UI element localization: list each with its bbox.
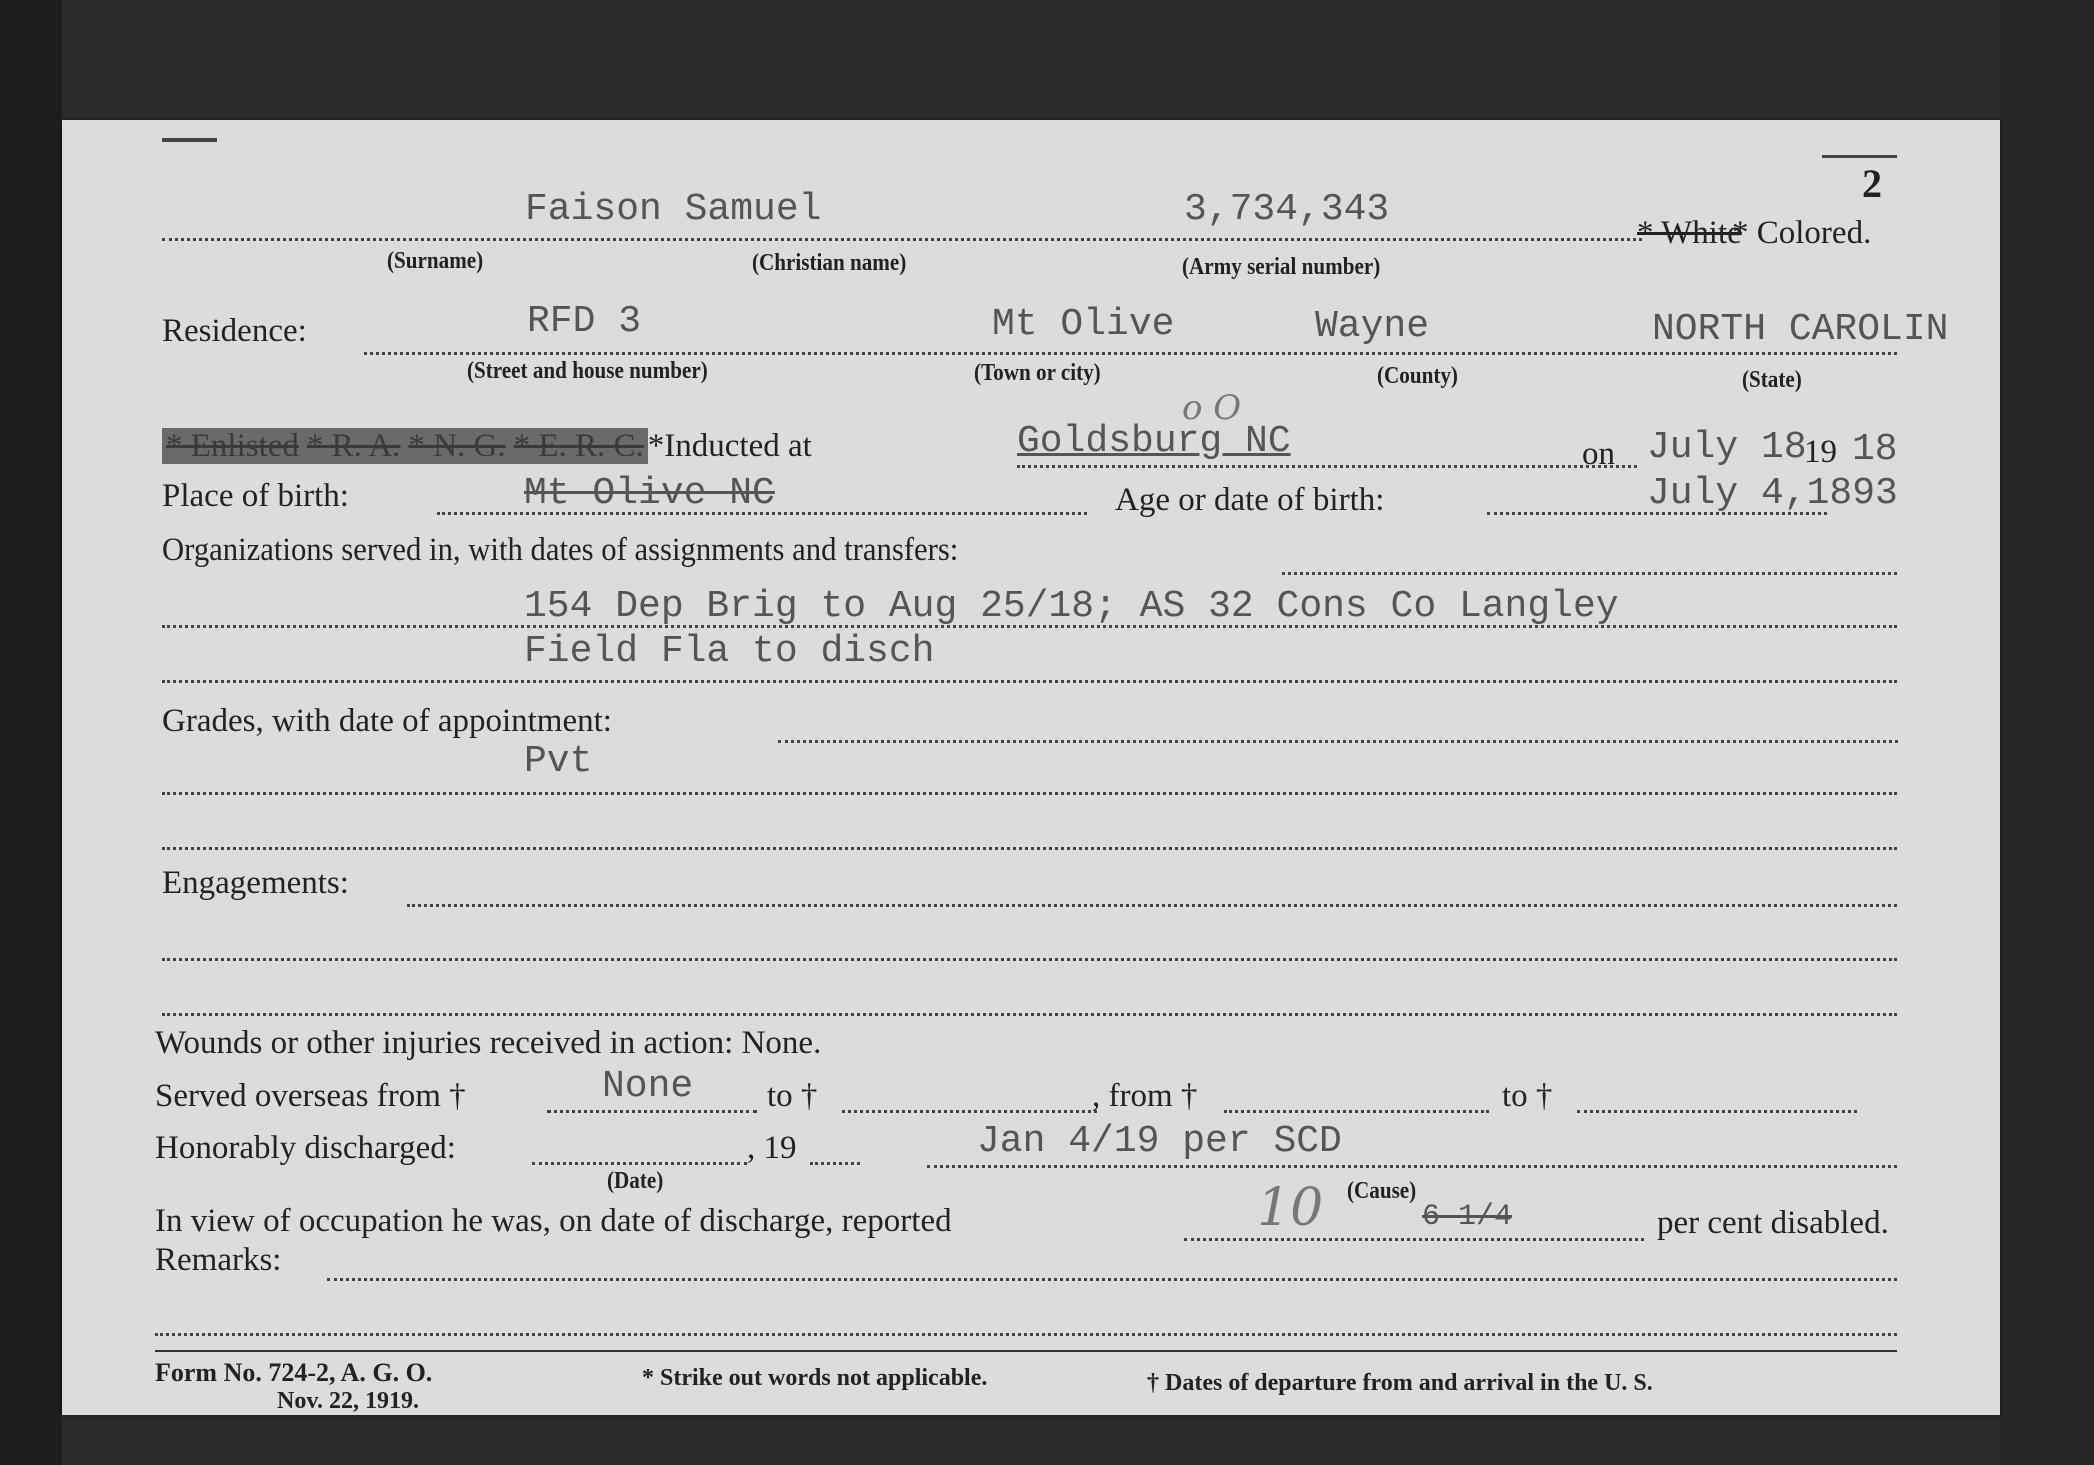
birth-place-label: Place of birth:: [162, 478, 349, 515]
birth-place-line: [437, 512, 1087, 515]
scan-border-right: [2000, 0, 2094, 1465]
inducted-place: Goldsburg NC: [1017, 420, 1291, 463]
erc-option: * E. R. C.: [510, 428, 648, 464]
overseas-from-value: None: [602, 1065, 693, 1108]
overseas-from2-label: , from †: [1092, 1078, 1197, 1115]
birth-date-value: July 4,1893: [1647, 472, 1898, 515]
scan-border-left: [0, 0, 62, 1465]
discharge-cause-line: [927, 1165, 1897, 1168]
serial-label: (Army serial number): [1182, 254, 1380, 281]
discharge-year-line: [810, 1162, 860, 1165]
name-line: [162, 238, 1642, 241]
discharge-cause: Jan 4/19 per SCD: [977, 1120, 1342, 1163]
grades-rule-1: [162, 792, 1897, 795]
grades-value: Pvt: [524, 740, 592, 783]
grades-rule-2: [162, 847, 1897, 850]
engagements-line-0: [407, 904, 1897, 907]
discharge-date-line: [532, 1162, 747, 1165]
remarks-line-2: [155, 1333, 1897, 1336]
state-value: NORTH CAROLIN: [1652, 308, 1948, 351]
ng-option: * N. G.: [404, 428, 509, 464]
grades-label: Grades, with date of appointment:: [162, 703, 612, 740]
overseas-to1-label: to †: [767, 1078, 817, 1115]
inducted-label: *Inducted at: [648, 428, 812, 464]
inducted-year: 18: [1852, 428, 1898, 471]
name-value: Faison Samuel: [525, 188, 821, 231]
organizations-rule-2: [162, 680, 1897, 683]
residence-line: [364, 352, 1897, 355]
disability-line: [1184, 1238, 1644, 1241]
birth-place-value: Mt Olive NC: [524, 472, 775, 515]
overseas-from-line: [547, 1110, 757, 1113]
discharge-label: Honorably discharged:: [155, 1130, 456, 1167]
street-value: RFD 3: [527, 300, 641, 343]
surname-label: (Surname): [387, 248, 483, 275]
engagements-rule-2: [162, 1013, 1897, 1016]
organizations-rule-1: [162, 625, 1897, 628]
overseas-to2-line: [1577, 1110, 1857, 1113]
enlistment-options: * Enlisted* R. A.* N. G.* E. R. C.*Induc…: [162, 428, 812, 465]
overseas-to2-label: to †: [1502, 1078, 1552, 1115]
discharge-year-prefix: , 19: [747, 1130, 797, 1167]
inducted-line: [1017, 465, 1637, 468]
overseas-label: Served overseas from †: [155, 1078, 466, 1115]
wounds-text: Wounds or other injuries received in act…: [155, 1025, 821, 1062]
on-label: on: [1582, 436, 1615, 473]
disability-handwritten: 10: [1257, 1178, 1323, 1238]
discharge-date-label: (Date): [607, 1168, 663, 1195]
engagements-rule-1: [162, 958, 1897, 961]
disability-label: In view of occupation he was, on date of…: [155, 1203, 952, 1240]
organizations-line-1: 154 Dep Brig to Aug 25/18; AS 32 Cons Co…: [524, 585, 1619, 628]
corner-mark-left: [162, 138, 217, 142]
county-value: Wayne: [1315, 305, 1429, 348]
county-label: (County): [1377, 363, 1458, 390]
organizations-line-0: [1282, 572, 1897, 575]
residence-label: Residence:: [162, 313, 307, 350]
race-colored: * Colored.: [1732, 215, 1871, 252]
street-label: (Street and house number): [467, 358, 708, 385]
organizations-line-2: Field Fla to disch: [524, 630, 934, 673]
race-white: * White: [1637, 215, 1742, 252]
birth-date-line: [1487, 512, 1827, 515]
grades-line-0: [778, 740, 1898, 743]
engagements-label: Engagements:: [162, 865, 349, 902]
christian-name-label: (Christian name): [752, 250, 906, 277]
card-number: 2: [1862, 160, 1882, 207]
inducted-year-prefix: 19: [1804, 434, 1837, 471]
inducted-date: July 18: [1647, 426, 1807, 469]
overseas-from2-line: [1224, 1110, 1489, 1113]
organizations-label: Organizations served in, with dates of a…: [162, 532, 958, 569]
remarks-label: Remarks:: [155, 1242, 281, 1279]
enlisted-option: * Enlisted: [162, 428, 303, 464]
corner-mark-right: [1822, 155, 1897, 158]
state-label: (State): [1742, 367, 1802, 394]
footnote-dates: † Dates of departure from and arrival in…: [1147, 1370, 1653, 1397]
ra-option: * R. A.: [303, 428, 405, 464]
serial-value: 3,734,343: [1184, 188, 1389, 231]
form-number: Form No. 724-2, A. G. O.: [155, 1358, 432, 1388]
remarks-line-1: [327, 1278, 1897, 1281]
disability-suffix: per cent disabled.: [1657, 1205, 1889, 1242]
disability-struck-value: 6 1/4: [1422, 1200, 1512, 1234]
town-label: (Town or city): [974, 360, 1101, 387]
footer-rule: [155, 1350, 1897, 1352]
discharge-cause-label: (Cause): [1347, 1178, 1416, 1205]
town-value: Mt Olive: [992, 303, 1174, 346]
form-date: Nov. 22, 1919.: [277, 1388, 419, 1415]
service-record-card: 2 Faison Samuel 3,734,343 * White * Colo…: [62, 120, 2000, 1415]
birth-date-label: Age or date of birth:: [1115, 482, 1384, 519]
overseas-to1-line: [842, 1110, 1097, 1113]
footnote-strike: * Strike out words not applicable.: [642, 1365, 987, 1392]
